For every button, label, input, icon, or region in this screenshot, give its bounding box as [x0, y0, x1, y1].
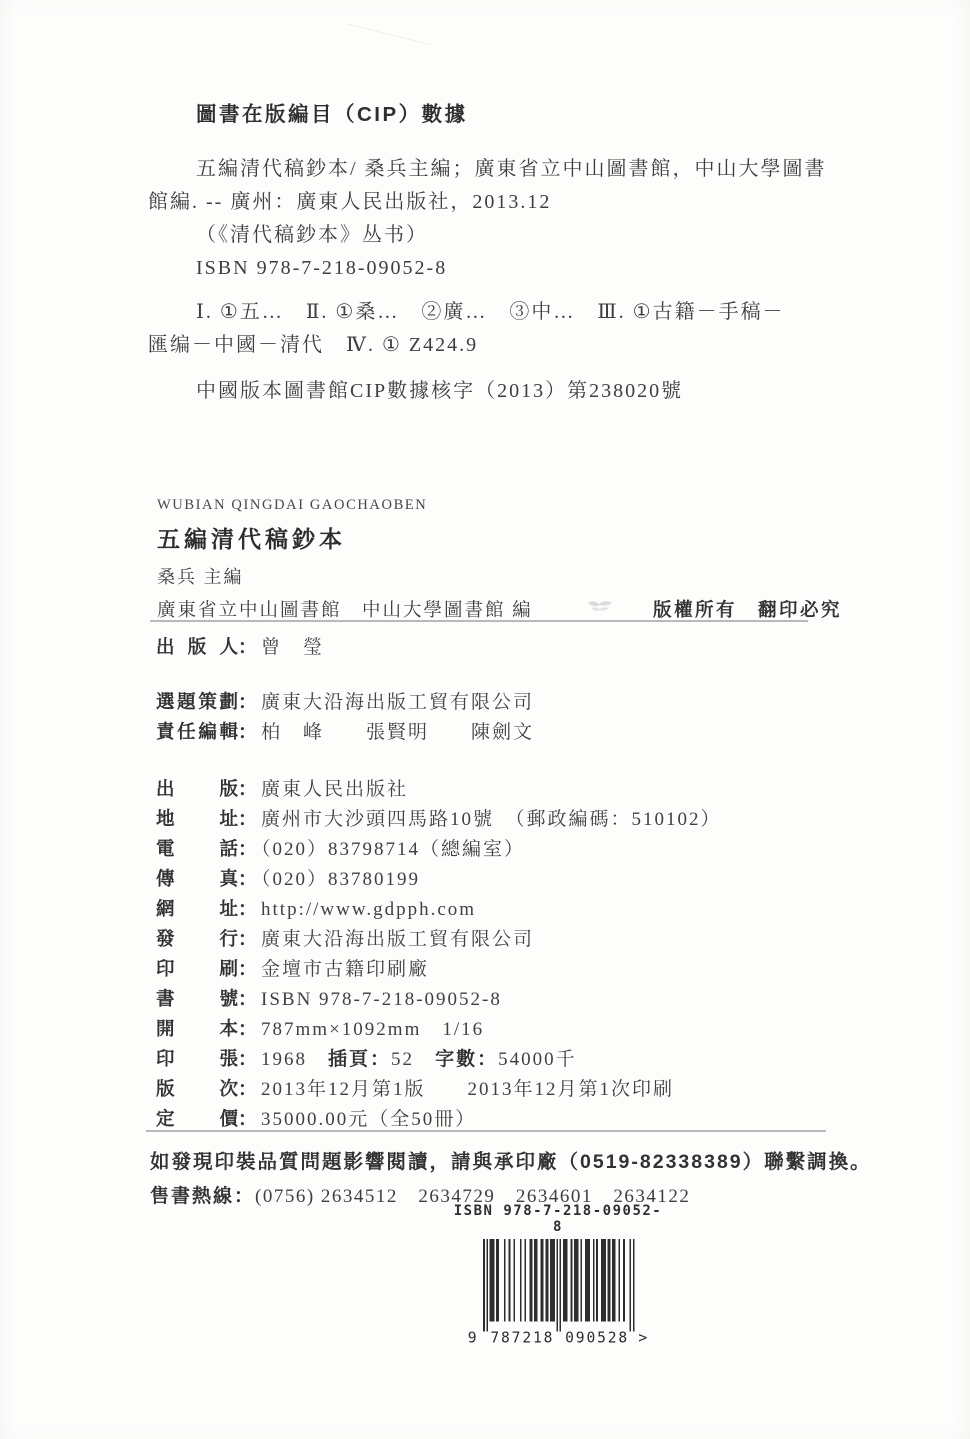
colophon-block: 出版人：曾 瑩選題策劃：廣東大沿海出版工貿有限公司責任編輯：柏 峰 張賢明 陳劍… — [156, 632, 862, 1134]
colophon-row: 版次：2013年12月第1版 2013年12月第1次印刷 — [156, 1074, 862, 1104]
colophon-value: 廣州市大沙頭四馬路10號 （郵政編碼：510102） — [261, 809, 722, 830]
barcode-bar — [607, 1239, 609, 1322]
publisher-stamp-icon — [587, 599, 613, 621]
colophon-row: 傳真：（020）83780199 — [156, 864, 862, 894]
barcode-bar — [576, 1239, 578, 1322]
colophon-inline-value: 1968 — [261, 1049, 328, 1070]
colophon-row: 發行：廣東大沿海出版工貿有限公司 — [156, 924, 862, 954]
barcode-bar — [493, 1239, 495, 1322]
colophon-colon: ： — [238, 959, 257, 980]
colophon-colon: ： — [238, 637, 257, 658]
colophon-colon: ： — [238, 1109, 257, 1130]
barcode-bar — [496, 1239, 498, 1322]
colophon-row: 選題策劃：廣東大沿海出版工貿有限公司 — [156, 687, 862, 717]
colophon-colon: ： — [238, 989, 257, 1010]
colophon-colon: ： — [238, 809, 257, 830]
cip-record-number: 中國版本圖書館CIP數據核字（2013）第238020號 — [148, 375, 854, 408]
colophon-colon: ： — [238, 779, 257, 800]
colophon-label: 印張 — [156, 1044, 238, 1074]
compiling-institutions: 廣東省立中山圖書館 中山大學圖書館 編 — [157, 596, 533, 622]
barcode-bar — [614, 1239, 616, 1322]
colophon-colon: ： — [238, 899, 257, 920]
colophon-value: 柏 峰 張賢明 陳劍文 — [261, 722, 534, 743]
colophon-value: 1968 插頁：52 字數：54000千 — [261, 1049, 577, 1070]
colophon-label: 出版 — [156, 774, 238, 804]
barcode-bar — [603, 1239, 605, 1322]
barcode-bar — [574, 1239, 576, 1322]
barcode-bar — [552, 1239, 554, 1322]
divider-top — [150, 620, 808, 622]
cip-description-line-1: 五編清代稿鈔本/ 桑兵主編；廣東省立中山圖書館，中山大學圖書 — [148, 153, 854, 186]
barcode-digits-group1: 787218 — [490, 1329, 552, 1344]
barcode-bar — [604, 1239, 606, 1322]
isbn-text: ISBN 978-7-218-09052-8 — [452, 1203, 664, 1235]
colophon-row: 責任編輯：柏 峰 張賢明 陳劍文 — [156, 717, 862, 747]
barcode-bar — [534, 1239, 536, 1322]
cip-heading: 圖書在版編目（CIP）數據 — [196, 98, 854, 131]
colophon-value: （020）83798714（總編室） — [261, 839, 525, 860]
cip-classification-line-1: Ⅰ. ①五… Ⅱ. ①桑… ②廣… ③中… Ⅲ. ①古籍－手稿－ — [148, 296, 854, 329]
colophon-value: 2013年12月第1版 2013年12月第1次印刷 — [261, 1079, 674, 1100]
barcode-bar — [547, 1239, 549, 1322]
barcode-bar — [513, 1239, 515, 1322]
colophon-value: （020）83780199 — [261, 869, 420, 890]
colophon-colon: ： — [238, 692, 257, 713]
barcode-bar — [596, 1239, 598, 1322]
colophon-label: 書號 — [156, 984, 238, 1014]
barcode-bar — [520, 1239, 522, 1322]
colophon-colon: ： — [238, 1019, 257, 1040]
scan-artifact — [347, 24, 431, 46]
barcode-bar — [587, 1239, 589, 1322]
colophon-label: 責任編輯 — [156, 717, 238, 747]
colophon-colon: ： — [238, 839, 257, 860]
colophon-row: 出版人：曾 瑩 — [156, 632, 862, 662]
barcode-bar — [577, 1239, 579, 1322]
barcode-bar — [585, 1239, 587, 1322]
barcode-bar — [618, 1239, 620, 1322]
hotline-label: 售書熱線： — [150, 1186, 255, 1207]
barcode-bar — [509, 1239, 511, 1322]
barcode-bar — [633, 1239, 635, 1331]
barcode-bar — [571, 1239, 573, 1322]
colophon-row: 印刷：金壇市古籍印刷廠 — [156, 954, 862, 984]
barcode-bar — [553, 1239, 555, 1322]
barcode-bar — [542, 1239, 544, 1322]
colophon-label: 地址 — [156, 804, 238, 834]
cip-description-line-2: 館編. -- 廣州：廣東人民出版社，2013.12 — [148, 186, 854, 219]
colophon-label: 選題策劃 — [156, 687, 238, 717]
colophon-colon: ： — [238, 869, 257, 890]
barcode-bar — [612, 1239, 614, 1322]
barcode-bar — [550, 1239, 552, 1322]
colophon-row: 網址：http://www.gdpph.com — [156, 894, 862, 924]
cip-block: 圖書在版編目（CIP）數據 五編清代稿鈔本/ 桑兵主編；廣東省立中山圖書館，中山… — [148, 98, 854, 408]
colophon-label: 出版人 — [156, 632, 238, 662]
barcode-bar — [504, 1239, 506, 1322]
colophon-value: 廣東人民出版社 — [261, 779, 408, 800]
copyright-notice: 版權所有 翻印必究 — [653, 596, 842, 622]
institutions-row: 廣東省立中山圖書館 中山大學圖書館 編 版權所有 翻印必究 — [157, 596, 837, 622]
quality-notice: 如發現印裝品質問題影響閱讀，請與承印廠（0519-82338389）聯繫調換。 — [150, 1146, 850, 1179]
colophon-label: 印刷 — [156, 954, 238, 984]
barcode-bar — [564, 1239, 566, 1322]
colophon-value: 787mm×1092mm 1/16 — [261, 1019, 484, 1040]
book-title: 五編清代稿鈔本 — [157, 521, 837, 554]
colophon-row: 開本：787mm×1092mm 1/16 — [156, 1014, 862, 1044]
barcode-bar — [498, 1239, 500, 1322]
barcode-bar — [525, 1239, 527, 1322]
title-block: WUBIAN QINGDAI GAOCHAOBEN 五編清代稿鈔本 桑兵 主編 … — [157, 497, 837, 622]
barcode-digit-left: 9 — [468, 1329, 477, 1344]
barcode-bar — [588, 1239, 590, 1322]
barcode-block: ISBN 978-7-218-09052-8 9787218090528> — [452, 1203, 664, 1344]
colophon-row: 地址：廣州市大沙頭四馬路10號 （郵政編碼：510102） — [156, 804, 862, 834]
colophon-value: 廣東大沿海出版工貿有限公司 — [261, 929, 534, 950]
chief-editor: 桑兵 主編 — [157, 563, 837, 589]
colophon-value: 廣東大沿海出版工貿有限公司 — [261, 692, 534, 713]
barcode-bar — [580, 1239, 582, 1322]
colophon-label: 開本 — [156, 1014, 238, 1044]
barcode-bar — [630, 1239, 632, 1331]
colophon-inline-value: 54000千 — [498, 1049, 577, 1070]
barcode-bar — [563, 1239, 565, 1322]
colophon-label: 發行 — [156, 924, 238, 954]
colophon-value: ISBN 978-7-218-09052-8 — [261, 989, 502, 1010]
colophon-row: 電話：（020）83798714（總編室） — [156, 834, 862, 864]
colophon-inline-value: 52 — [391, 1049, 435, 1070]
barcode-bar — [623, 1239, 625, 1322]
cip-classification-line-2: 匯编－中國－清代 Ⅳ. ① Z424.9 — [148, 329, 854, 362]
barcode-bar — [486, 1239, 488, 1331]
colophon-colon: ： — [238, 929, 257, 950]
cip-series-line: （《清代稿鈔本》丛书） — [148, 219, 854, 252]
romanized-title: WUBIAN QINGDAI GAOCHAOBEN — [157, 497, 837, 514]
colophon-value: http://www.gdpph.com — [261, 899, 476, 920]
barcode-bar — [601, 1239, 603, 1322]
barcode-trailer: > — [638, 1329, 647, 1344]
colophon-row: 印張：1968 插頁：52 字數：54000千 — [156, 1044, 862, 1074]
colophon-value: 金壇市古籍印刷廠 — [261, 959, 429, 980]
colophon-inline-label: 字數： — [435, 1049, 498, 1070]
barcode-bar — [536, 1239, 538, 1322]
barcode-bar — [531, 1239, 533, 1322]
colophon-label: 傳真 — [156, 864, 238, 894]
ean13-barcode: 9787218090528> — [462, 1239, 654, 1344]
divider-bottom — [146, 1130, 826, 1132]
barcode-bar — [545, 1239, 547, 1322]
barcode-bar — [491, 1239, 493, 1322]
colophon-label: 版次 — [156, 1074, 238, 1104]
barcode-bar — [490, 1239, 492, 1322]
barcode-bar — [609, 1239, 611, 1322]
colophon-inline-label: 插頁： — [328, 1049, 391, 1070]
colophon-label: 電話 — [156, 834, 238, 864]
colophon-value: 35000.00元（全50冊） — [261, 1109, 476, 1130]
colophon-colon: ： — [238, 1079, 257, 1100]
barcode-bar — [556, 1239, 558, 1331]
colophon-row: 出版：廣東人民出版社 — [156, 774, 862, 804]
barcode-bar — [529, 1239, 531, 1322]
barcode-bar — [483, 1239, 485, 1331]
cip-isbn-line: ISBN 978-7-218-09052-8 — [148, 252, 854, 285]
colophon-colon: ： — [238, 1049, 257, 1070]
barcode-bar — [593, 1239, 595, 1322]
book-copyright-page: 圖書在版編目（CIP）數據 五編清代稿鈔本/ 桑兵主編；廣東省立中山圖書館，中山… — [0, 0, 970, 1439]
barcode-bar — [566, 1239, 568, 1322]
colophon-value: 曾 瑩 — [261, 637, 324, 658]
barcode-bar — [560, 1239, 562, 1331]
colophon-row: 書號：ISBN 978-7-218-09052-8 — [156, 984, 862, 1014]
barcode-digits-group2: 090528 — [565, 1329, 627, 1344]
barcode-bar — [541, 1239, 543, 1322]
colophon-colon: ： — [238, 722, 257, 743]
colophon-label: 網址 — [156, 894, 238, 924]
